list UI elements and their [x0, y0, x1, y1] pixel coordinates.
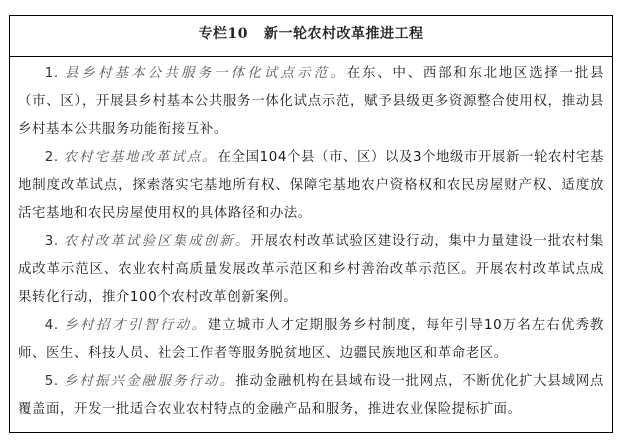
item-topic: 县乡村基本公共服务一体化试点示范。 [65, 66, 347, 81]
item-number: 2. [45, 150, 59, 165]
box-title: 专栏10新一轮农村改革推进工程 [199, 23, 424, 43]
feature-box: 专栏10新一轮农村改革推进工程 1. 县乡村基本公共服务一体化试点示范。在东、中… [9, 15, 613, 433]
list-item: 4. 乡村招才引智行动。建立城市人才定期服务乡村制度，每年引导10万名左右优秀教… [18, 312, 604, 368]
box-header: 专栏10新一轮农村改革推进工程 [10, 16, 612, 57]
list-item: 2. 农村宅基地改革试点。在全国104个县（市、区）以及3个地级市开展新一轮农村… [18, 144, 604, 228]
title-text: 新一轮农村改革推进工程 [264, 26, 424, 42]
item-number: 5. [45, 374, 59, 389]
title-prefix: 专栏10 [199, 26, 248, 42]
item-number: 4. [45, 318, 59, 333]
list-item: 5. 乡村振兴金融服务行动。推动金融机构在县域布设一批网点，不断优化扩大县域网点… [18, 368, 604, 424]
item-number: 1. [45, 66, 59, 81]
list-item: 3. 农村改革试验区集成创新。开展农村改革试验区建设行动，集中力量建设一批农村集… [18, 228, 604, 312]
item-topic: 乡村振兴金融服务行动。 [64, 374, 235, 389]
item-number: 3. [45, 234, 59, 249]
list-item: 1. 县乡村基本公共服务一体化试点示范。在东、中、西部和东北地区选择一批县（市、… [18, 60, 604, 144]
item-topic: 乡村招才引智行动。 [64, 318, 207, 333]
item-topic: 农村宅基地改革试点。 [64, 150, 218, 165]
box-body: 1. 县乡村基本公共服务一体化试点示范。在东、中、西部和东北地区选择一批县（市、… [10, 57, 612, 424]
item-topic: 农村改革试验区集成创新。 [64, 234, 251, 249]
